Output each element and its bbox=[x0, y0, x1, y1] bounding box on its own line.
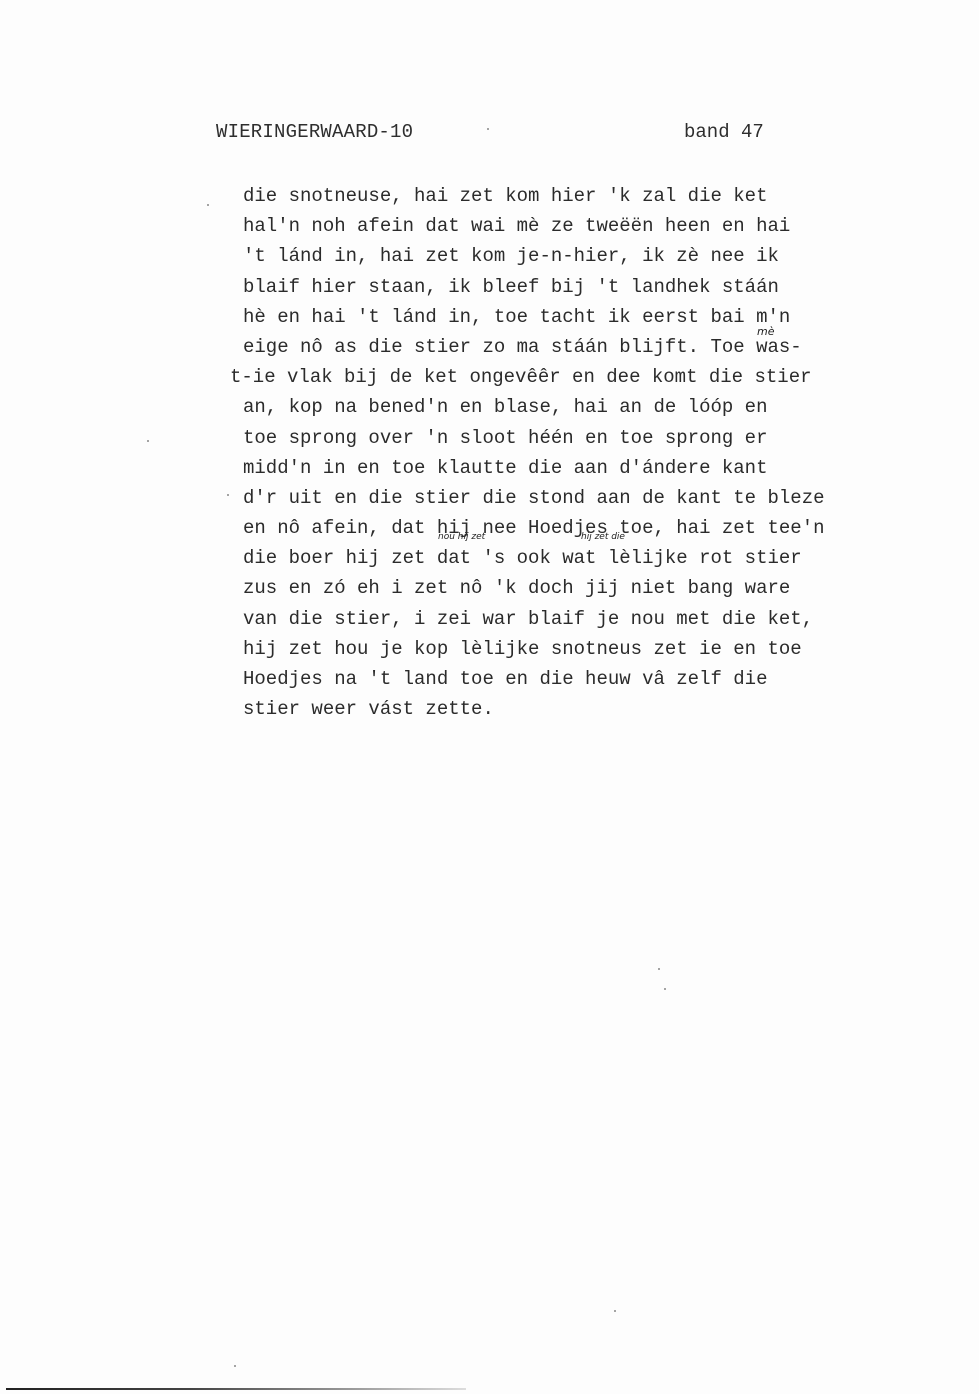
handwritten-annotation: mè bbox=[757, 325, 774, 338]
scan-speck bbox=[234, 1365, 236, 1367]
document-page: WIERINGERWAARD-10 band 47 die snotneuse,… bbox=[0, 0, 979, 1394]
text-line: eige nô as die stier zo ma stáán blijft.… bbox=[243, 332, 903, 362]
handwritten-annotation: nou hij zet bbox=[438, 532, 485, 542]
text-line: midd'n in en toe klautte die aan d'ánder… bbox=[243, 453, 903, 483]
text-line: Hoedjes na 't land toe en die heuw vâ ze… bbox=[243, 664, 903, 694]
text-line: 't lánd in, hai zet kom je-n-hier, ik zè… bbox=[243, 241, 903, 271]
text-line: stier weer vást zette. bbox=[243, 694, 903, 724]
text-line: van die stier, i zei war blaif je nou me… bbox=[243, 604, 903, 634]
scan-speck bbox=[207, 204, 209, 206]
text-line: hij zet hou je kop lèlijke snotneus zet … bbox=[243, 634, 903, 664]
text-line: en nô afein, dat hij nee Hoedjes toe, ha… bbox=[243, 513, 903, 543]
text-line: d'r uit en die stier die stond aan de ka… bbox=[243, 483, 903, 513]
scan-edge-line bbox=[6, 1388, 466, 1390]
text-line: die boer hij zet dat 's ook wat lèlijke … bbox=[243, 543, 903, 573]
transcript-body: die snotneuse, hai zet kom hier 'k zal d… bbox=[243, 181, 903, 724]
text-line: zus en zó eh i zet nô 'k doch jij niet b… bbox=[243, 573, 903, 603]
text-line: hè en hai 't lánd in, toe tacht ik eerst… bbox=[243, 302, 903, 332]
text-line: toe sprong over 'n sloot héén en toe spr… bbox=[243, 423, 903, 453]
band-number: band 47 bbox=[684, 121, 764, 143]
text-line: hal'n noh afein dat wai mè ze tweëën hee… bbox=[243, 211, 903, 241]
scan-speck bbox=[227, 494, 229, 496]
text-line: die snotneuse, hai zet kom hier 'k zal d… bbox=[243, 181, 903, 211]
scan-speck bbox=[487, 128, 489, 130]
text-line: t-ie vlak bij de ket ongevêêr en dee kom… bbox=[230, 362, 903, 392]
text-line: blaif hier staan, ik bleef bij 't landhe… bbox=[243, 272, 903, 302]
scan-speck bbox=[147, 440, 149, 442]
scan-speck bbox=[614, 1310, 616, 1312]
handwritten-annotation: hij zet die bbox=[581, 532, 625, 542]
text-line: an, kop na bened'n en blase, hai an de l… bbox=[243, 392, 903, 422]
scan-speck bbox=[658, 968, 660, 970]
document-title: WIERINGERWAARD-10 bbox=[216, 121, 413, 143]
scan-speck bbox=[664, 988, 666, 990]
